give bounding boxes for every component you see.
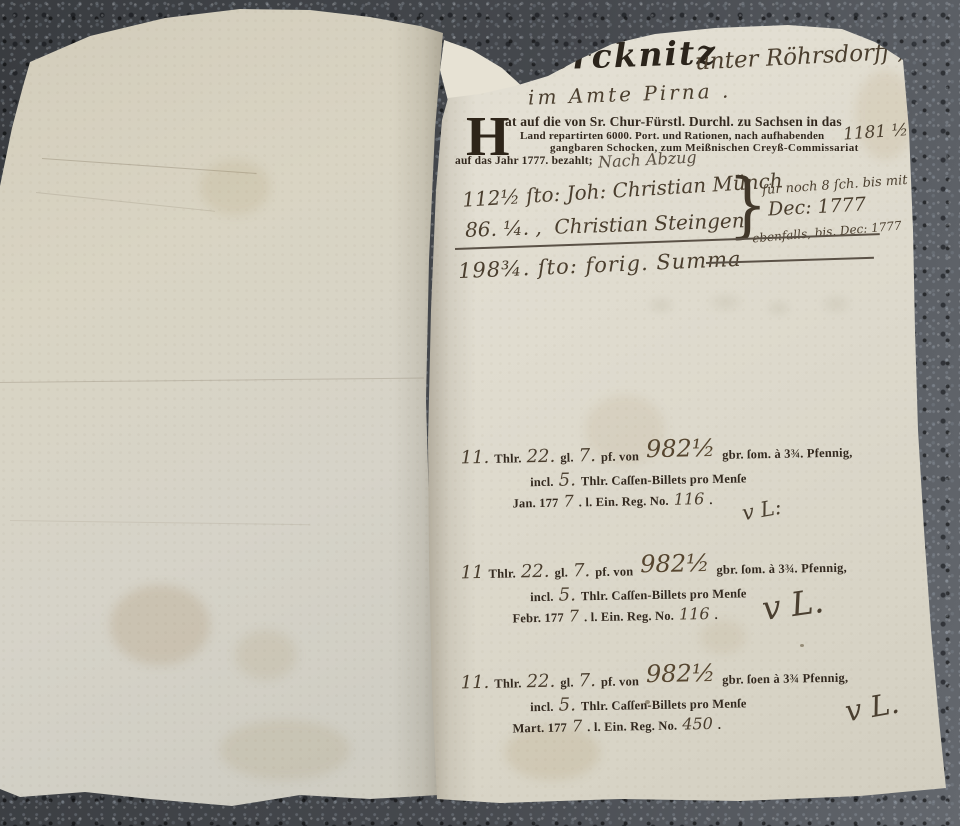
year-last-digit: 7 xyxy=(572,716,583,735)
thaler-value: 11 xyxy=(461,562,484,583)
fold-crease-horizontal xyxy=(0,378,424,383)
entry-line-1: 11.Thlr.22.gl.7.pf. von982½gbr. ſom. à 3… xyxy=(457,435,854,470)
thaler-value: 11. xyxy=(461,672,490,693)
crease-line xyxy=(36,192,215,212)
register-number: 450 xyxy=(682,714,713,734)
payment-entry-january: 11.Thlr.22.gl.7.pf. von982½gbr. ſom. à 3… xyxy=(457,435,855,514)
entry-line-1: 11.Thlr.22.gl.7.pf. von982½gbr. ſoen à 3… xyxy=(457,660,850,695)
stain xyxy=(235,630,297,680)
register-label: . l. Ein. Reg. No. xyxy=(579,494,669,510)
ledger-note-line-2: Dec: 1777 xyxy=(767,193,866,220)
year-last-digit: 7 xyxy=(563,491,574,510)
rate-text: gbr. ſom. à 3¾. Pfennig, xyxy=(716,561,847,577)
ledger-sum-line: 198¾. ſto: forig. Summa xyxy=(458,247,742,283)
stain xyxy=(700,620,746,654)
billets-text: Thlr. Caſſen-Billets pro Menſe xyxy=(581,696,747,713)
period: . xyxy=(718,718,722,732)
schocken-sum-value: 982½ xyxy=(641,434,721,463)
embossed-bleedthrough-marks xyxy=(625,282,865,340)
incl-label: incl. xyxy=(530,590,554,604)
intro-line-3: gangbaren Schocken, zum Meißnischen Crey… xyxy=(550,142,859,154)
stain xyxy=(220,720,350,780)
pfennig-value: 7. xyxy=(579,670,597,691)
ledger-row-2-amount: 86. ¼. , xyxy=(465,215,542,242)
month-label: Mart. 177 xyxy=(512,721,567,736)
schocken-sum-value: 982½ xyxy=(635,549,715,578)
rate-text: gbr. ſom. à 3¾. Pfennig, xyxy=(722,446,853,462)
heading-handwritten-suffix: unter Röhrsdorff ; xyxy=(694,39,906,76)
thaler-unit: Thlr. xyxy=(488,566,516,580)
pfennig-unit: pf. von xyxy=(595,564,633,579)
billets-text: Thlr. Caſſen-Billets pro Menſe xyxy=(581,586,747,603)
pfennig-value: 7. xyxy=(579,445,597,466)
year-last-digit: 7 xyxy=(569,606,580,625)
pfennig-value: 7. xyxy=(573,560,591,581)
intro-line-4: auf das Jahr 1777. bezahlt; xyxy=(455,155,593,167)
payment-entry-march: 11.Thlr.22.gl.7.pf. von982½gbr. ſoen à 3… xyxy=(457,660,851,739)
groschen-value: 22. xyxy=(526,671,555,692)
register-number: 116 xyxy=(679,604,710,624)
groschen-value: 22. xyxy=(526,446,555,467)
stain xyxy=(200,160,270,215)
thaler-unit: Thlr. xyxy=(494,676,522,690)
incl-label: incl. xyxy=(530,700,554,714)
ledger-row-2-name: Christian Steingen xyxy=(554,208,745,239)
incl-value: 5. xyxy=(558,694,576,715)
groschen-unit: gl. xyxy=(560,675,574,689)
ledger-note-line-3: ebenfalls, bis. Dec: 1777 xyxy=(752,218,902,245)
thaler-value: 11. xyxy=(461,447,490,468)
register-number: 116 xyxy=(674,489,705,509)
stain xyxy=(110,585,210,665)
schocken-sum-value: 982½ xyxy=(641,659,721,688)
pfennig-unit: pf. von xyxy=(601,449,639,464)
billets-text: Thlr. Caſſen-Billets pro Menſe xyxy=(581,471,747,488)
intro-line-2: Land repartirten 6000. Port. und Ratione… xyxy=(520,130,824,142)
pfennig-unit: pf. von xyxy=(601,674,639,689)
groschen-value: 22. xyxy=(521,561,550,582)
incl-value: 5. xyxy=(558,584,576,605)
crease-line xyxy=(10,520,310,525)
entry-line-1: 11Thlr.22.gl.7.pf. von982½gbr. ſom. à 3¾… xyxy=(457,550,849,585)
register-label: . l. Ein. Reg. No. xyxy=(584,609,674,625)
ledger-row-2: 86. ¼. , Christian Steingen xyxy=(465,208,745,242)
intro-line-1: at auf die von Sr. Chur-Fürstl. Durchl. … xyxy=(505,114,842,130)
groschen-unit: gl. xyxy=(560,450,574,464)
groschen-unit: gl. xyxy=(554,565,568,579)
register-label: . l. Ein. Reg. No. xyxy=(587,719,677,735)
dark-speck xyxy=(800,644,804,647)
ledger-row-1-amount: 112½ ſto: xyxy=(462,182,561,212)
month-label: Jan. 177 xyxy=(512,496,558,511)
incl-value: 5. xyxy=(558,469,576,490)
period: . xyxy=(709,493,713,507)
rate-text: gbr. ſoen à 3¾ Pfennig, xyxy=(722,671,848,687)
photo-of-historical-document: Gorcknitz unter Röhrsdorff ; im Amte Pir… xyxy=(0,0,960,826)
incl-label: incl. xyxy=(530,475,554,489)
thaler-unit: Thlr. xyxy=(494,451,522,465)
signature-1: v L: xyxy=(740,495,783,526)
month-label: Febr. 177 xyxy=(512,611,564,626)
period: . xyxy=(714,608,718,622)
heading-line2-amt: im Amte Pirna . xyxy=(528,78,732,109)
signature-3: v L. xyxy=(842,686,901,729)
handwritten-nach-abzug: Nach Abzug xyxy=(598,147,698,171)
